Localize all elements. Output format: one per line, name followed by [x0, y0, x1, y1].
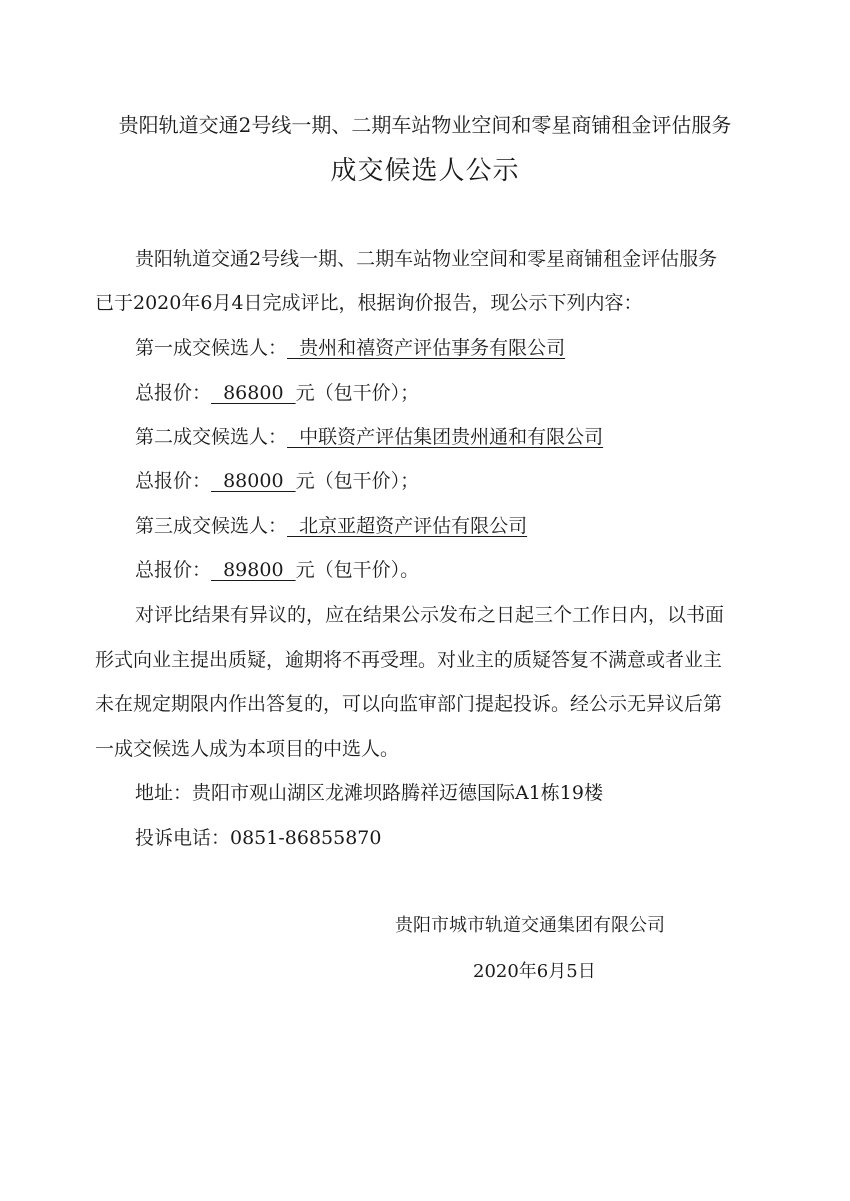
candidate-3-price-suffix: 元（包干价）。 [296, 559, 420, 581]
candidate-2-rank-label: 第二成交候选人： [135, 426, 287, 448]
candidate-2-price-suffix: 元（包干价）； [296, 470, 420, 492]
document-page: 贵阳轨道交通2号线一期、二期车站物业空间和零星商铺租金评估服务 成交候选人公示 … [0, 0, 850, 1201]
candidate-3-price-row: 总报价： 89800 元（包干价）。 [135, 558, 419, 582]
intro-paragraph-line-2: 已于2020年6月4日完成评比，根据询价报告，现公示下列内容： [95, 291, 643, 315]
candidate-3-price: 89800 [211, 559, 296, 581]
candidate-1-price: 86800 [211, 382, 296, 404]
candidate-1-name: 贵州和禧资产评估事务有限公司 [287, 337, 565, 359]
objection-line-3: 未在规定期限内作出答复的，可以向监审部门提起投诉。经公示无异议后第 [95, 692, 722, 716]
candidate-2-price-row: 总报价： 88000 元（包干价）； [135, 469, 419, 493]
candidate-1-price-suffix: 元（包干价）； [296, 382, 420, 404]
document-title: 贵阳轨道交通2号线一期、二期车站物业空间和零星商铺租金评估服务 [0, 112, 850, 138]
candidate-3-rank-label: 第三成交候选人： [135, 515, 287, 537]
candidate-1-price-label: 总报价： [135, 382, 211, 404]
intro-paragraph-line-1: 贵阳轨道交通2号线一期、二期车站物业空间和零星商铺租金评估服务 [135, 247, 717, 271]
candidate-3-name: 北京亚超资产评估有限公司 [287, 515, 527, 537]
candidate-2-row: 第二成交候选人： 中联资产评估集团贵州通和有限公司 [135, 425, 603, 449]
candidate-2-name: 中联资产评估集团贵州通和有限公司 [287, 426, 603, 448]
signature-organization: 贵阳市城市轨道交通集团有限公司 [395, 914, 665, 938]
candidate-1-row: 第一成交候选人： 贵州和禧资产评估事务有限公司 [135, 336, 565, 360]
candidate-1-rank-label: 第一成交候选人： [135, 337, 287, 359]
complaint-phone-line: 投诉电话：0851-86855870 [135, 826, 381, 850]
objection-line-2: 形式向业主提出质疑，逾期将不再受理。对业主的质疑答复不满意或者业主 [95, 648, 722, 672]
address-line: 地址：贵阳市观山湖区龙滩坝路腾祥迈德国际A1栋19楼 [135, 781, 603, 805]
candidate-3-price-label: 总报价： [135, 559, 211, 581]
candidate-1-price-row: 总报价： 86800 元（包干价）； [135, 381, 419, 405]
objection-line-4: 一成交候选人成为本项目的中选人。 [95, 737, 399, 761]
candidate-3-row: 第三成交候选人： 北京亚超资产评估有限公司 [135, 514, 527, 538]
candidate-2-price: 88000 [211, 470, 296, 492]
candidate-2-price-label: 总报价： [135, 470, 211, 492]
document-subtitle: 成交候选人公示 [0, 155, 850, 187]
signature-date: 2020年6月5日 [473, 960, 596, 984]
objection-line-1: 对评比结果有异议的，应在结果公示发布之日起三个工作日内，以书面 [135, 603, 724, 627]
